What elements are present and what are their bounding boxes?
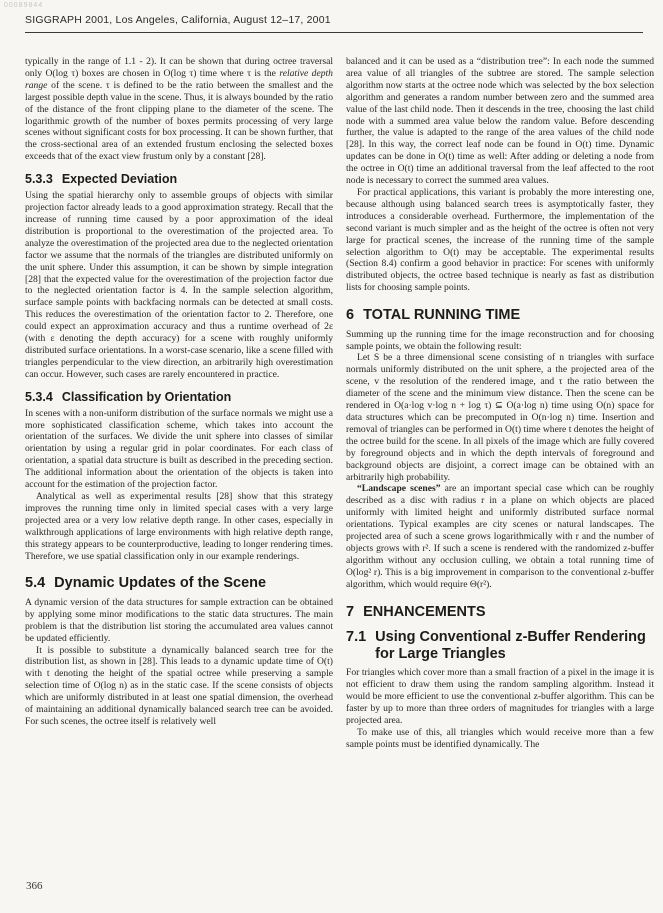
section-number: 5.3.4 (25, 390, 53, 404)
running-head: SIGGRAPH 2001, Los Angeles, California, … (25, 14, 641, 26)
section-heading-7-1: 7.1Using Conventional z-Buffer Rendering… (346, 629, 654, 662)
bold-landscape-scenes: “Landscape scenes” (357, 483, 441, 494)
section-number: 6 (346, 307, 354, 324)
section-heading-5-4: 5.4Dynamic Updates of the Scene (25, 575, 333, 592)
scan-corner-mark: 00089844 (4, 2, 43, 9)
paragraph-dynamic-version: A dynamic version of the data structures… (25, 597, 333, 645)
section-heading-5-3-4: 5.3.4Classification by Orientation (25, 390, 333, 404)
section-number: 5.4 (25, 575, 45, 592)
paragraph-summing-up: Summing up the running time for the imag… (346, 329, 654, 353)
section-heading-7: 7ENHANCEMENTS (346, 604, 654, 621)
section-number: 7.1 (346, 629, 366, 662)
paragraph-landscape-scenes: “Landscape scenes” are an important spec… (346, 483, 654, 590)
paragraph-text: of the scene. τ is defined to be the rat… (25, 80, 333, 162)
paragraph-text: are an important special case which can … (346, 483, 654, 589)
section-title: TOTAL RUNNING TIME (363, 307, 654, 324)
section-heading-6: 6TOTAL RUNNING TIME (346, 307, 654, 324)
page-number: 366 (26, 880, 43, 892)
section-number: 5.3.3 (25, 172, 53, 186)
right-column: balanced and it can be used as a “distri… (346, 56, 654, 862)
paragraph-balanced-search-tree: It is possible to substitute a dynamical… (25, 645, 333, 728)
paragraph-octree-traversal: typically in the range of 1.1 - 2). It c… (25, 56, 333, 163)
paragraph-expected-deviation: Using the spatial hierarchy only to asse… (25, 190, 333, 381)
header-rule (25, 32, 643, 33)
section-title: ENHANCEMENTS (363, 604, 654, 621)
section-title: Using Conventional z-Buffer Rendering fo… (375, 629, 654, 662)
section-title: Classification by Orientation (62, 390, 333, 404)
paragraph-analytical-results: Analytical as well as experimental resul… (25, 491, 333, 562)
paragraph-large-triangles: For triangles which cover more than a sm… (346, 667, 654, 727)
section-heading-5-3-3: 5.3.3Expected Deviation (25, 172, 333, 186)
paragraph-make-use: To make use of this, all triangles which… (346, 727, 654, 751)
left-column: typically in the range of 1.1 - 2). It c… (25, 56, 333, 862)
paragraph-classification-orientation: In scenes with a non-uniform distributio… (25, 408, 333, 491)
section-title: Dynamic Updates of the Scene (54, 575, 333, 592)
section-title: Expected Deviation (62, 172, 333, 186)
paper-page: 00089844 SIGGRAPH 2001, Los Angeles, Cal… (0, 0, 663, 913)
paragraph-practical-applications: For practical applications, this variant… (346, 187, 654, 294)
paragraph-running-time-result: Let S be a three dimensional scene consi… (346, 352, 654, 483)
section-number: 7 (346, 604, 354, 621)
paragraph-distribution-tree: balanced and it can be used as a “distri… (346, 56, 654, 187)
